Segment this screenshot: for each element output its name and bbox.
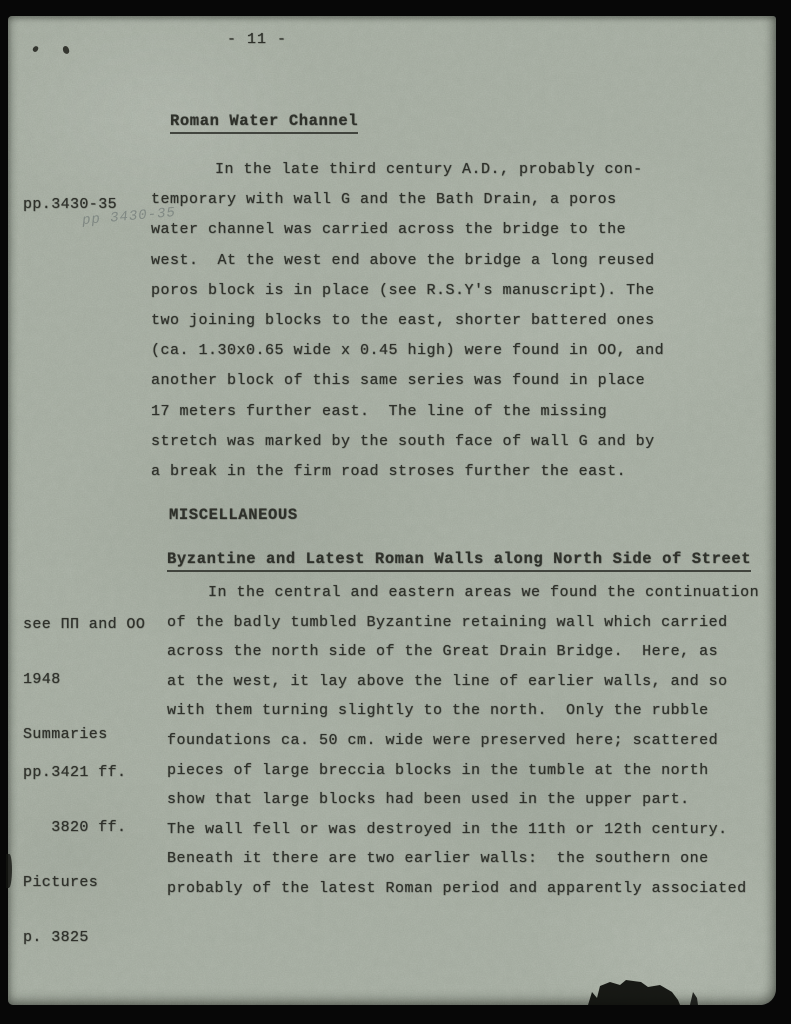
ink-speck-dot <box>32 45 39 53</box>
paragraph-byzantine-walls: In the central and eastern areas we foun… <box>167 583 759 909</box>
section-label-miscellaneous: MISCELLANEOUS <box>169 506 298 524</box>
ink-speck-dot <box>62 45 70 54</box>
margin-note-line: Pictures <box>23 874 126 895</box>
text-line: foundations ca. 50 cm. wide were preserv… <box>167 731 759 761</box>
text-line: In the late third century A.D., probably… <box>151 160 664 190</box>
text-line: probably of the latest Roman period and … <box>167 879 759 909</box>
text-line: In the central and eastern areas we foun… <box>167 583 759 613</box>
text-line: stretch was marked by the south face of … <box>151 432 664 462</box>
margin-note-line: pp.3421 ff. <box>23 764 126 785</box>
text-line: 17 meters further east. The line of the … <box>151 402 664 432</box>
section-heading-byzantine-walls: Byzantine and Latest Roman Walls along N… <box>167 550 751 572</box>
text-line: water channel was carried across the bri… <box>151 220 664 250</box>
page-number: - 11 - <box>212 31 302 48</box>
text-line: temporary with wall G and the Bath Drain… <box>151 190 664 220</box>
text-line: with them turning slightly to the north.… <box>167 701 759 731</box>
text-line: Beneath it there are two earlier walls: … <box>167 849 759 879</box>
text-line: The wall fell or was destroyed in the 11… <box>167 820 759 850</box>
margin-note-line: 1948 <box>23 671 145 692</box>
text-line: across the north side of the Great Drain… <box>167 642 759 672</box>
paragraph-roman-water-channel: In the late third century A.D., probably… <box>151 160 664 492</box>
text-line: another block of this same series was fo… <box>151 371 664 401</box>
text-line: a break in the firm road stroses further… <box>151 462 664 492</box>
document-page: - 11 - Roman Water Channel In the late t… <box>8 16 776 1005</box>
scanner-background: { "doc": { "page_number": "- 11 -", "sec… <box>0 0 791 1024</box>
text-line: of the badly tumbled Byzantine retaining… <box>167 613 759 643</box>
text-line: west. At the west end above the bridge a… <box>151 251 664 281</box>
page-edge-tear-mark <box>6 854 12 888</box>
text-line: show that large blocks had been used in … <box>167 790 759 820</box>
text-line: at the west, it lay above the line of ea… <box>167 672 759 702</box>
text-line: poros block is in place (see R.S.Y's man… <box>151 281 664 311</box>
margin-note-line: see ΠΠ and OO <box>23 616 145 637</box>
margin-note-line: p. 3825 <box>23 929 126 950</box>
margin-note-pages-3421: pp.3421 ff. 3820 ff. Pictures p. 3825 <box>23 730 126 984</box>
text-line: (ca. 1.30x0.65 wide x 0.45 high) were fo… <box>151 341 664 371</box>
margin-note-line: 3820 ff. <box>23 819 126 840</box>
text-line: two joining blocks to the east, shorter … <box>151 311 664 341</box>
text-line: pieces of large breccia blocks in the tu… <box>167 761 759 791</box>
bottom-edge-ink-blob <box>586 978 706 1006</box>
section-heading-roman-water-channel: Roman Water Channel <box>170 112 358 134</box>
